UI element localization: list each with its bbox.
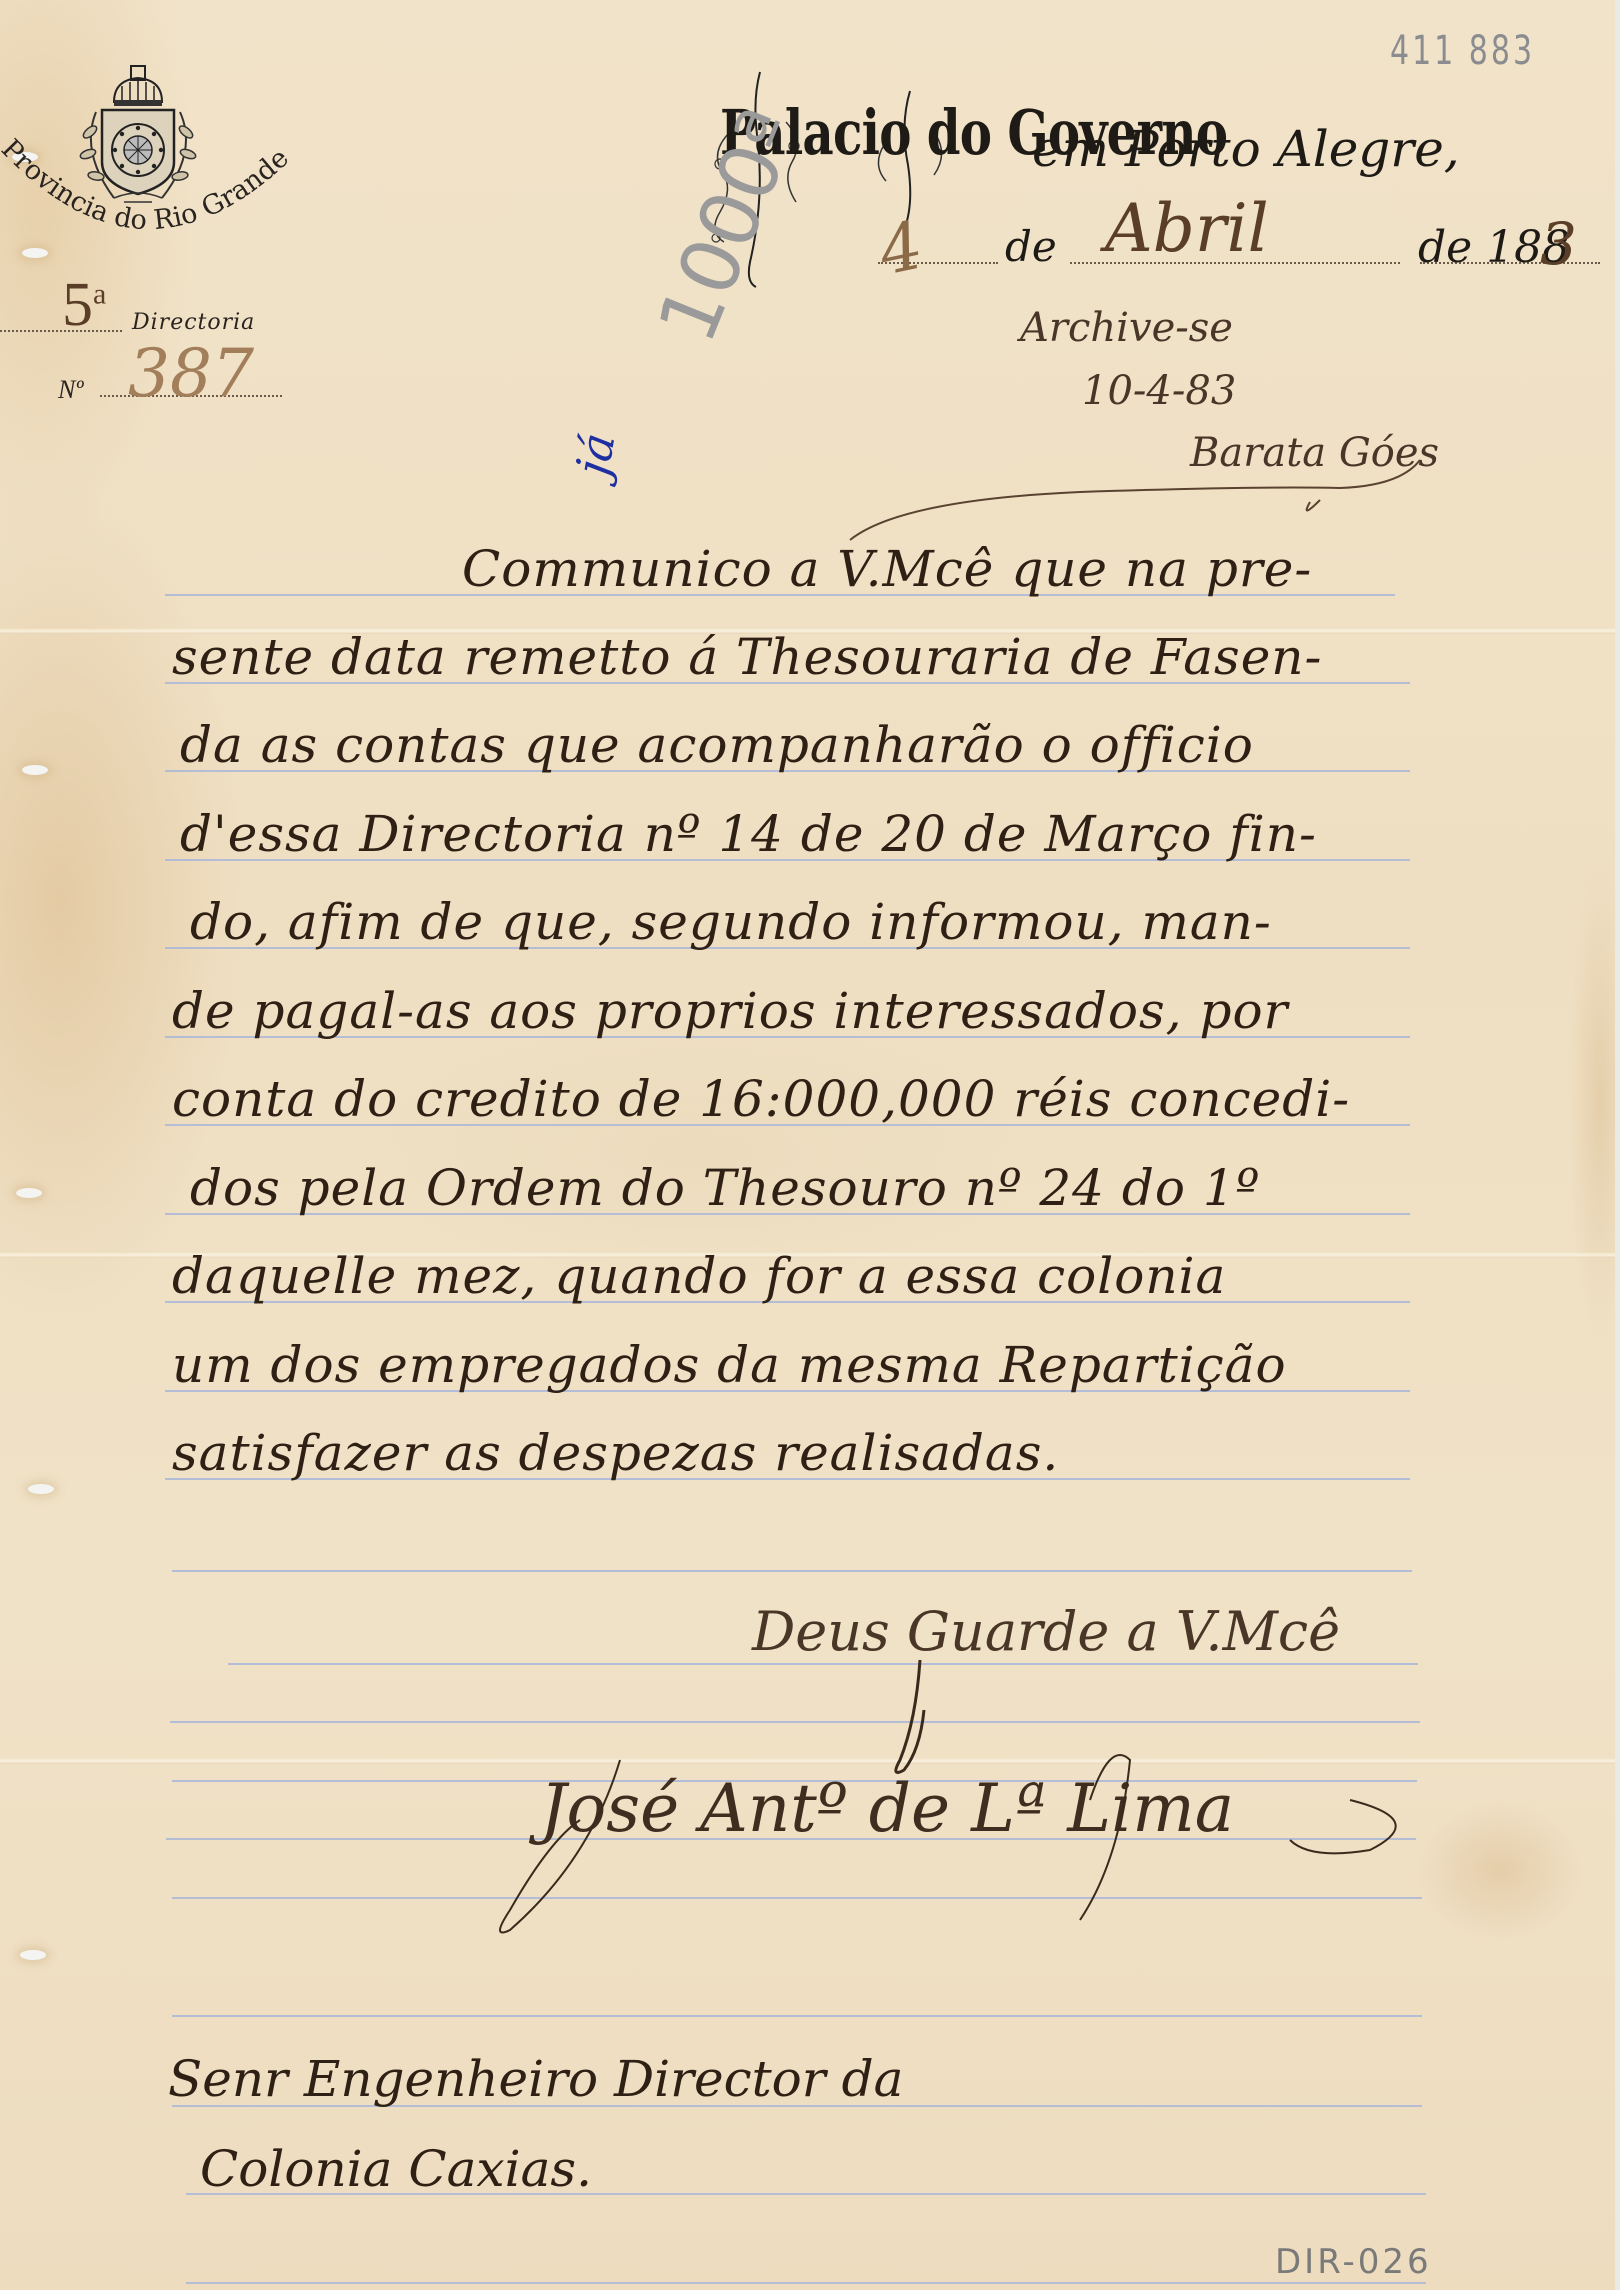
ruled-line (172, 2015, 1422, 2017)
archive-order-line1: Archive-se (1020, 305, 1233, 351)
body-line: dos pela Ordem do Thesouro nº 24 do 1º (190, 1159, 1260, 1217)
archive-reference: 411 883 (1390, 28, 1535, 74)
body-line: Communico a V.Mcê que na pre- (462, 540, 1312, 598)
signature-flourish-icon (840, 440, 1440, 550)
body-line: conta do credito de 16:000,000 réis conc… (172, 1070, 1350, 1128)
signature-flourish-icon (470, 1740, 1470, 1940)
date-month: Abril (1105, 190, 1269, 267)
body-line: d'essa Directoria nº 14 de 20 de Março f… (180, 805, 1317, 863)
body-line: satisfazer as despezas realisadas. (172, 1424, 1059, 1482)
ruled-line (186, 2282, 1426, 2284)
punch-hole (20, 1950, 46, 1960)
ruled-line (228, 1663, 1418, 1665)
punch-hole (28, 1484, 54, 1494)
body-line: um dos empregados da mesma Repartição (172, 1336, 1287, 1394)
archive-order-date: 10-4-83 (1082, 368, 1236, 414)
catalog-id: DIR-026 (1275, 2242, 1432, 2282)
closing-salutation: Deus Guarde a V.Mcê (752, 1600, 1340, 1663)
letter-paper: Provincia do Rio Grande do Sul. 5a Direc… (0, 0, 1615, 2290)
ruled-line (170, 1721, 1420, 1723)
punch-hole (16, 1188, 42, 1198)
number-label: Nº (58, 375, 83, 405)
ruled-line (172, 1570, 1412, 1572)
addressee-line1: Senr Engenheiro Director da (168, 2050, 903, 2108)
province-name: Provincia do Rio Grande do Sul. (0, 110, 310, 290)
directoria-label: Directoria (132, 310, 255, 335)
letterhead-location: em Porto Alegre, (1032, 120, 1460, 178)
date-de: de (1005, 222, 1057, 271)
blue-ink-annotation: já (565, 429, 625, 479)
body-line: daquelle mez, quando for a essa colonia (172, 1247, 1226, 1305)
directoria-number: 5a (62, 270, 106, 341)
svg-text:Provincia do Rio Grande do Sul: Provincia do Rio Grande do Sul. (0, 110, 295, 236)
body-line: sente data remetto á Thesouraria de Fase… (172, 628, 1322, 686)
punch-hole (22, 765, 48, 775)
number-value: 387 (128, 335, 254, 412)
date-year-suffix: 3 (1540, 210, 1577, 278)
addressee-line2: Colonia Caxias. (200, 2140, 592, 2198)
body-line: da as contas que acompanharão o officio (180, 716, 1254, 774)
body-line: de pagal-as aos proprios interessados, p… (172, 982, 1288, 1040)
body-line: do, afim de que, segundo informou, man- (190, 893, 1272, 951)
